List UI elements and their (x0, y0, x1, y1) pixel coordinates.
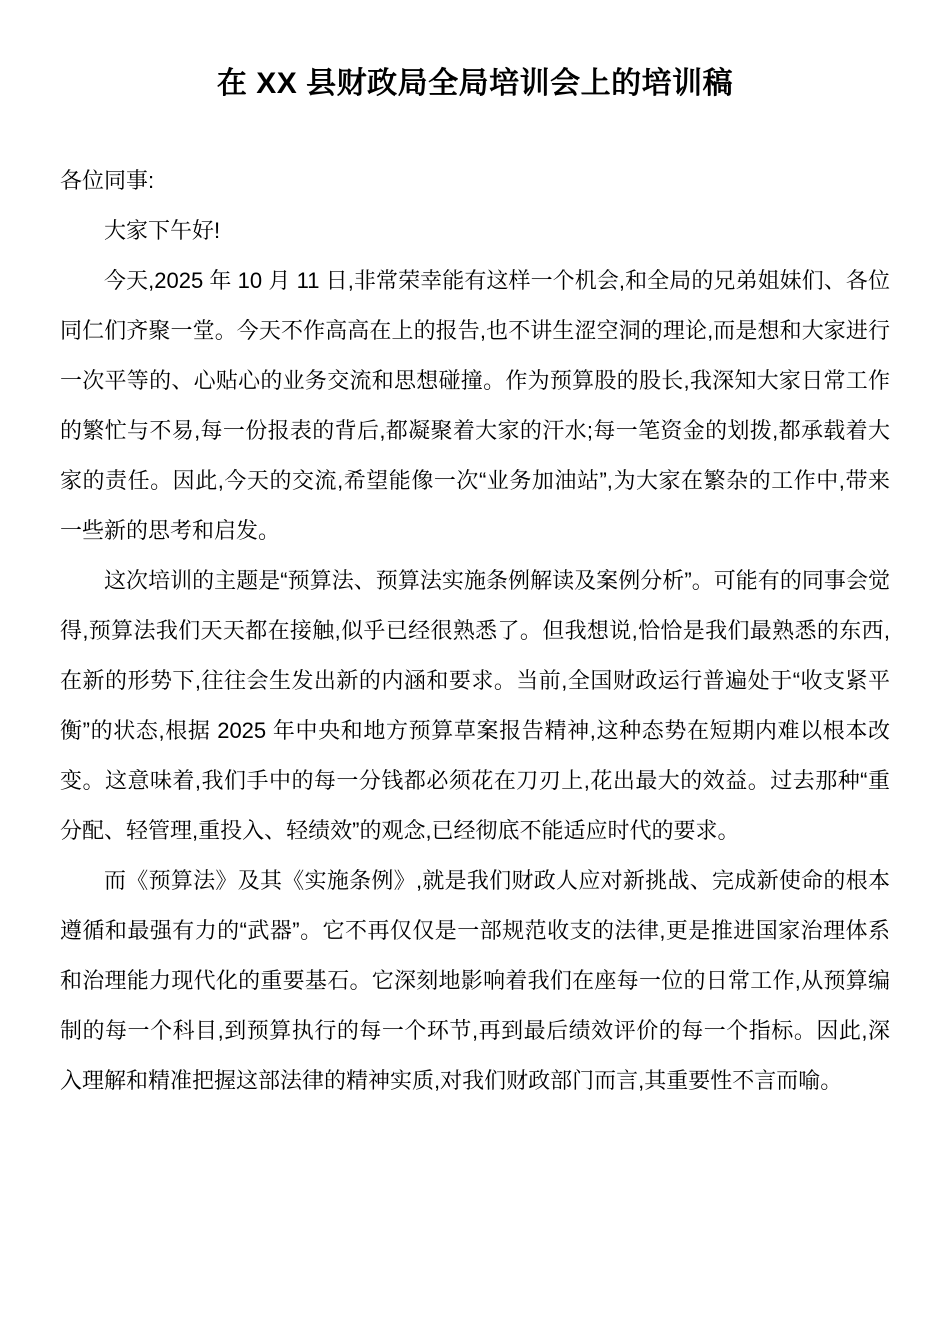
document-body: 大家下午好!今天,2025 年 10 月 11 日,非常荣幸能有这样一个机会,和… (60, 206, 890, 1106)
paragraph: 大家下午好! (60, 206, 890, 256)
salutation: 各位同事: (60, 156, 890, 206)
document-title: 在 XX 县财政局全局培训会上的培训稿 (60, 62, 890, 106)
paragraph: 这次培训的主题是“预算法、预算法实施条例解读及案例分析”。可能有的同事会觉得,预… (60, 556, 890, 856)
paragraph: 而《预算法》及其《实施条例》,就是我们财政人应对新挑战、完成新使命的根本遵循和最… (60, 856, 890, 1106)
paragraph: 今天,2025 年 10 月 11 日,非常荣幸能有这样一个机会,和全局的兄弟姐… (60, 256, 890, 556)
document-page: 在 XX 县财政局全局培训会上的培训稿 各位同事: 大家下午好!今天,2025 … (0, 0, 950, 1344)
